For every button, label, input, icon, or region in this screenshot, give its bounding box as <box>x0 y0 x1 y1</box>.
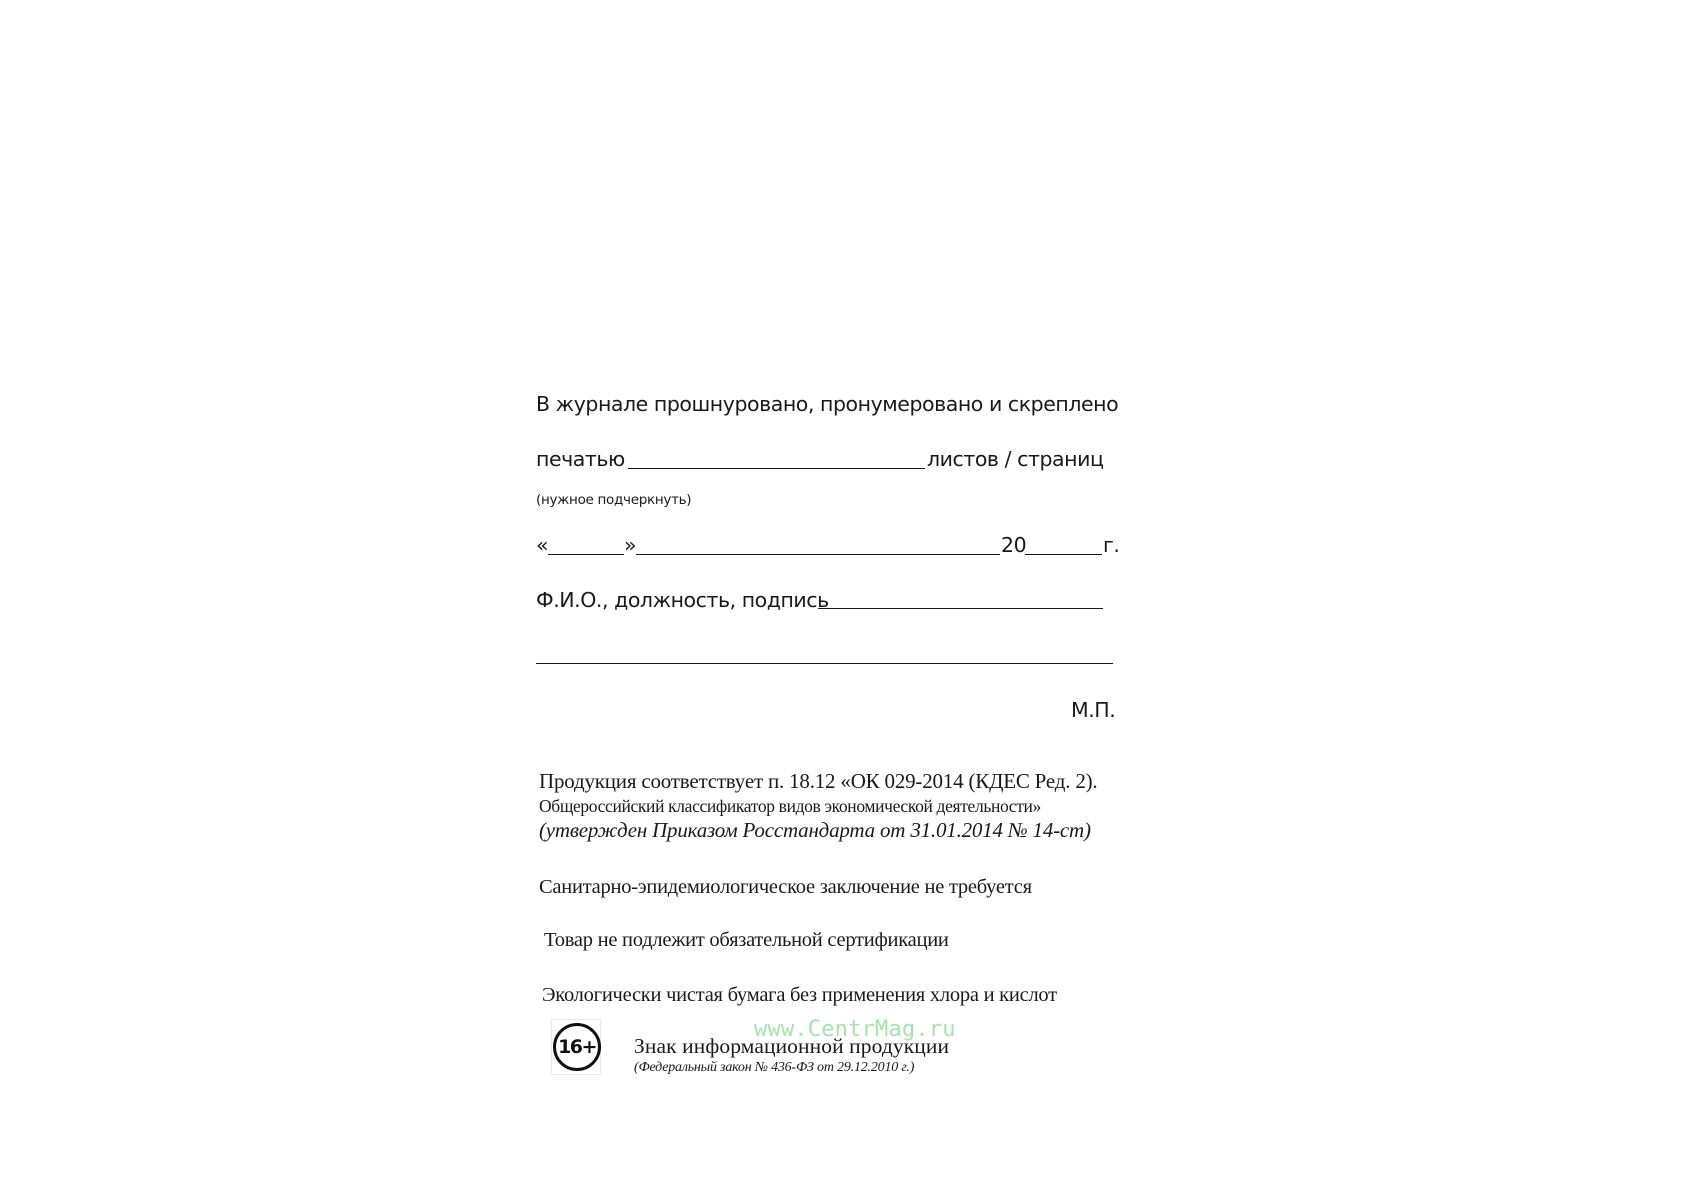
ecology-statement: Экологически чистая бумага без применени… <box>542 985 1057 1006</box>
date-year-suffix: г. <box>1103 535 1119 556</box>
signature-extra-field[interactable] <box>536 663 1113 664</box>
date-open-quote: « <box>536 535 548 556</box>
age-rating-16-plus-icon: 16+ <box>551 1019 601 1075</box>
document-page: В журнале прошнуровано, пронумеровано и … <box>0 0 1703 1200</box>
sheets-pages-label: листов / страниц <box>927 449 1103 470</box>
date-year-prefix: 20 <box>1001 535 1026 556</box>
underline-note: (нужное подчеркнуть) <box>536 494 691 508</box>
date-close-quote: » <box>624 535 636 556</box>
classifier-line-2: Общероссийский классификатор видов эконо… <box>539 798 1041 816</box>
info-product-sign-title: Знак информационной продукции <box>634 1036 949 1058</box>
date-year-field[interactable] <box>1025 554 1102 555</box>
certification-statement: Товар не подлежит обязательной сертифика… <box>544 930 949 951</box>
info-product-law: (Федеральный закон № 436-ФЗ от 29.12.201… <box>634 1061 914 1075</box>
signature-label: Ф.И.О., должность, подпись <box>536 590 829 611</box>
binding-statement: В журнале прошнуровано, пронумеровано и … <box>536 394 1118 415</box>
classifier-line-3: (утвержден Приказом Росстандарта от 31.0… <box>539 820 1091 841</box>
date-month-field[interactable] <box>636 554 1000 555</box>
stamp-place-label: М.П. <box>1071 700 1115 721</box>
sanitary-statement: Санитарно-эпидемиологическое заключение … <box>539 877 1032 898</box>
age-rating-text: 16+ <box>558 1036 596 1058</box>
classifier-line-1: Продукция соответствует п. 18.12 «ОК 029… <box>539 771 1097 792</box>
signature-field[interactable] <box>818 608 1103 609</box>
date-day-field[interactable] <box>548 554 624 555</box>
sheet-count-field[interactable] <box>628 468 925 469</box>
age-rating-ring: 16+ <box>553 1023 601 1071</box>
seal-label: печатью <box>536 449 625 470</box>
